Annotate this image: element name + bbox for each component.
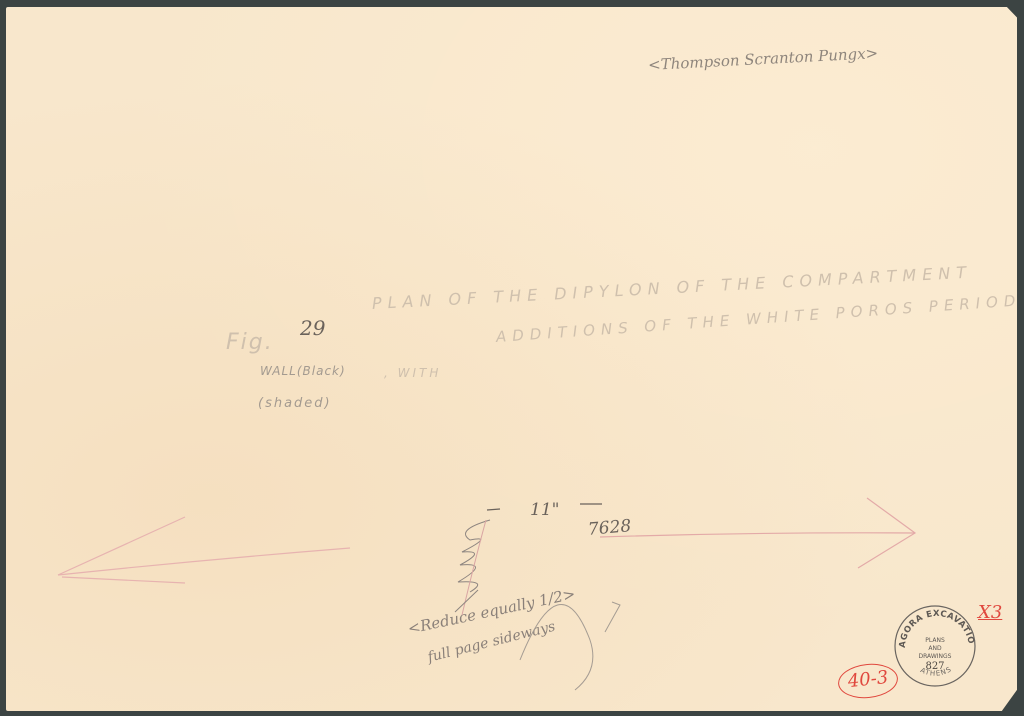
corner-mark: X3 [978,602,1002,623]
right-arrow-icon [600,498,915,568]
scribble-mark [455,520,490,615]
svg-text:827: 827 [925,661,944,672]
svg-text:PLANS: PLANS [925,637,945,644]
agora-excavations-stamp: AGORA EXCAVATIONS ATHENS PLANS AND DRAWI… [893,604,977,688]
note-loops [520,602,620,690]
svg-text:DRAWINGS: DRAWINGS [919,653,952,660]
pencil-strokes [0,0,1024,716]
dimension-dashes [487,504,602,510]
circled-code-text: 40-3 [847,667,889,692]
left-arrow-icon [58,517,350,583]
svg-text:AND: AND [928,645,942,652]
